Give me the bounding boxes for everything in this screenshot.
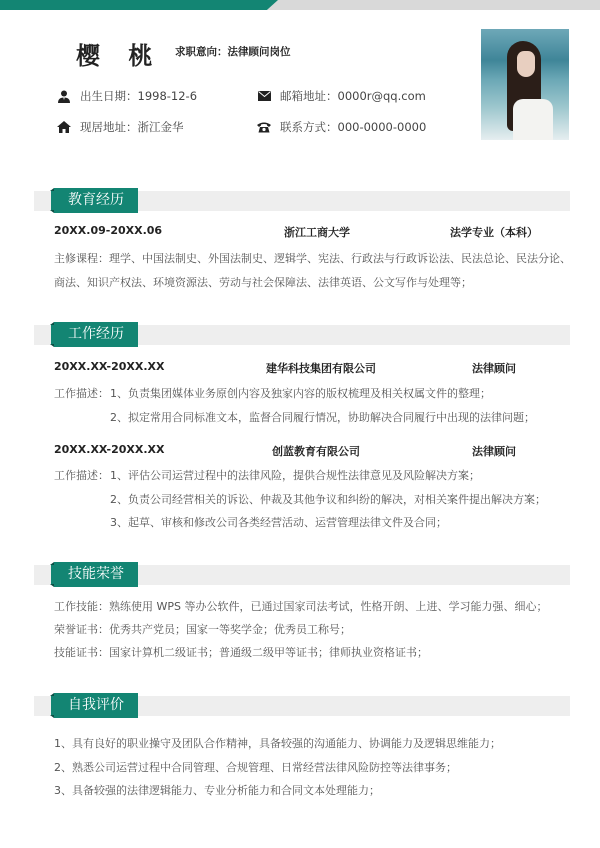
info-address: 现居地址：浙江金华 (57, 119, 184, 135)
skills-line: 荣誉证书：优秀共产党员；国家一等奖学金；优秀员工称号； (54, 621, 351, 637)
address-value: 浙江金华 (138, 119, 184, 135)
top-accent-bar (0, 0, 278, 10)
section-tab-work: 工作经历 (54, 322, 138, 347)
info-phone: 联系方式：000-0000-0000 (257, 119, 426, 135)
education-period: 20XX.09-20XX.06 (54, 224, 162, 237)
job-desc-item: 1、评估公司运营过程中的法律风险，提供合规性法律意见及风险解决方案； (110, 467, 480, 483)
job-company: 创蓝教育有限公司 (272, 443, 360, 459)
job-desc-label: 工作描述： (54, 385, 109, 401)
education-courses-line-1: 主修课程：理学、中国法制史、外国法制史、逻辑学、宪法、行政法与行政诉讼法、民法总… (54, 250, 571, 266)
job-period: 20XX.XX-20XX.XX (54, 443, 165, 456)
skills-line: 技能证书：国家计算机二级证书；普通级二级甲等证书；律师执业资格证书； (54, 644, 428, 660)
envelope-icon (257, 89, 271, 103)
section-tab-skills: 技能荣誉 (54, 562, 138, 587)
section-tab-education: 教育经历 (54, 188, 138, 213)
education-courses-line-2: 商法、知识产权法、环境资源法、劳动与社会保障法、法律英语、公文写作与处理等； (54, 274, 472, 290)
email-value[interactable]: 0000r@qq.com (338, 89, 426, 103)
job-desc-item: 1、负责集团媒体业务原创内容及独家内容的版权梳理及相关权属文件的整理； (110, 385, 491, 401)
candidate-name: 樱 桃 (76, 36, 162, 71)
self-eval-line: 2、熟悉公司运营过程中合同管理、合规管理、日常经营法律风险防控等法律事务； (54, 759, 457, 775)
section-header-skills: 技能荣誉 (34, 565, 570, 585)
profile-photo (481, 29, 569, 140)
education-major: 法学专业（本科） (450, 224, 538, 240)
job-desc-item: 2、负责公司经营相关的诉讼、仲裁及其他争议和纠纷的解决，对相关案件提出解决方案； (110, 491, 546, 507)
home-icon (57, 120, 71, 134)
self-eval-line: 3、具备较强的法律逻辑能力、专业分析能力和合同文本处理能力； (54, 782, 380, 798)
job-desc-label: 工作描述： (54, 467, 109, 483)
section-header-work: 工作经历 (34, 325, 570, 345)
section-tab-self-eval: 自我评价 (54, 693, 138, 718)
job-period: 20XX.XX-20XX.XX (54, 360, 165, 373)
education-school: 浙江工商大学 (284, 224, 350, 240)
top-decor-bar (0, 0, 600, 10)
job-intent-label: 求职意向： (175, 46, 228, 58)
job-company: 建华科技集团有限公司 (266, 360, 376, 376)
self-eval-line: 1、具有良好的职业操守及团队合作精神，具备较强的沟通能力、协调能力及逻辑思维能力… (54, 735, 501, 751)
job-desc-item: 3、起草、审核和修改公司各类经营活动、运营管理法律文件及合同； (110, 514, 447, 530)
person-icon (57, 89, 71, 103)
section-header-education: 教育经历 (34, 191, 570, 211)
birth-value: 1998-12-6 (138, 89, 198, 103)
job-role: 法律顾问 (472, 360, 516, 376)
phone-icon (257, 120, 271, 134)
info-email: 邮箱地址：0000r@qq.com (257, 88, 426, 104)
job-intent: 求职意向：法律顾问岗位 (175, 44, 291, 59)
job-desc-item: 2、拟定常用合同标准文本，监督合同履行情况，协助解决合同履行中出现的法律问题； (110, 409, 535, 425)
skills-line: 工作技能：熟练使用 WPS 等办公软件，已通过国家司法考试，性格开朗、上进、学习… (54, 598, 547, 614)
info-birth: 出生日期：1998-12-6 (57, 88, 197, 104)
job-intent-value: 法律顾问岗位 (228, 46, 291, 58)
section-header-self-eval: 自我评价 (34, 696, 570, 716)
job-role: 法律顾问 (472, 443, 516, 459)
phone-value[interactable]: 000-0000-0000 (338, 120, 427, 134)
